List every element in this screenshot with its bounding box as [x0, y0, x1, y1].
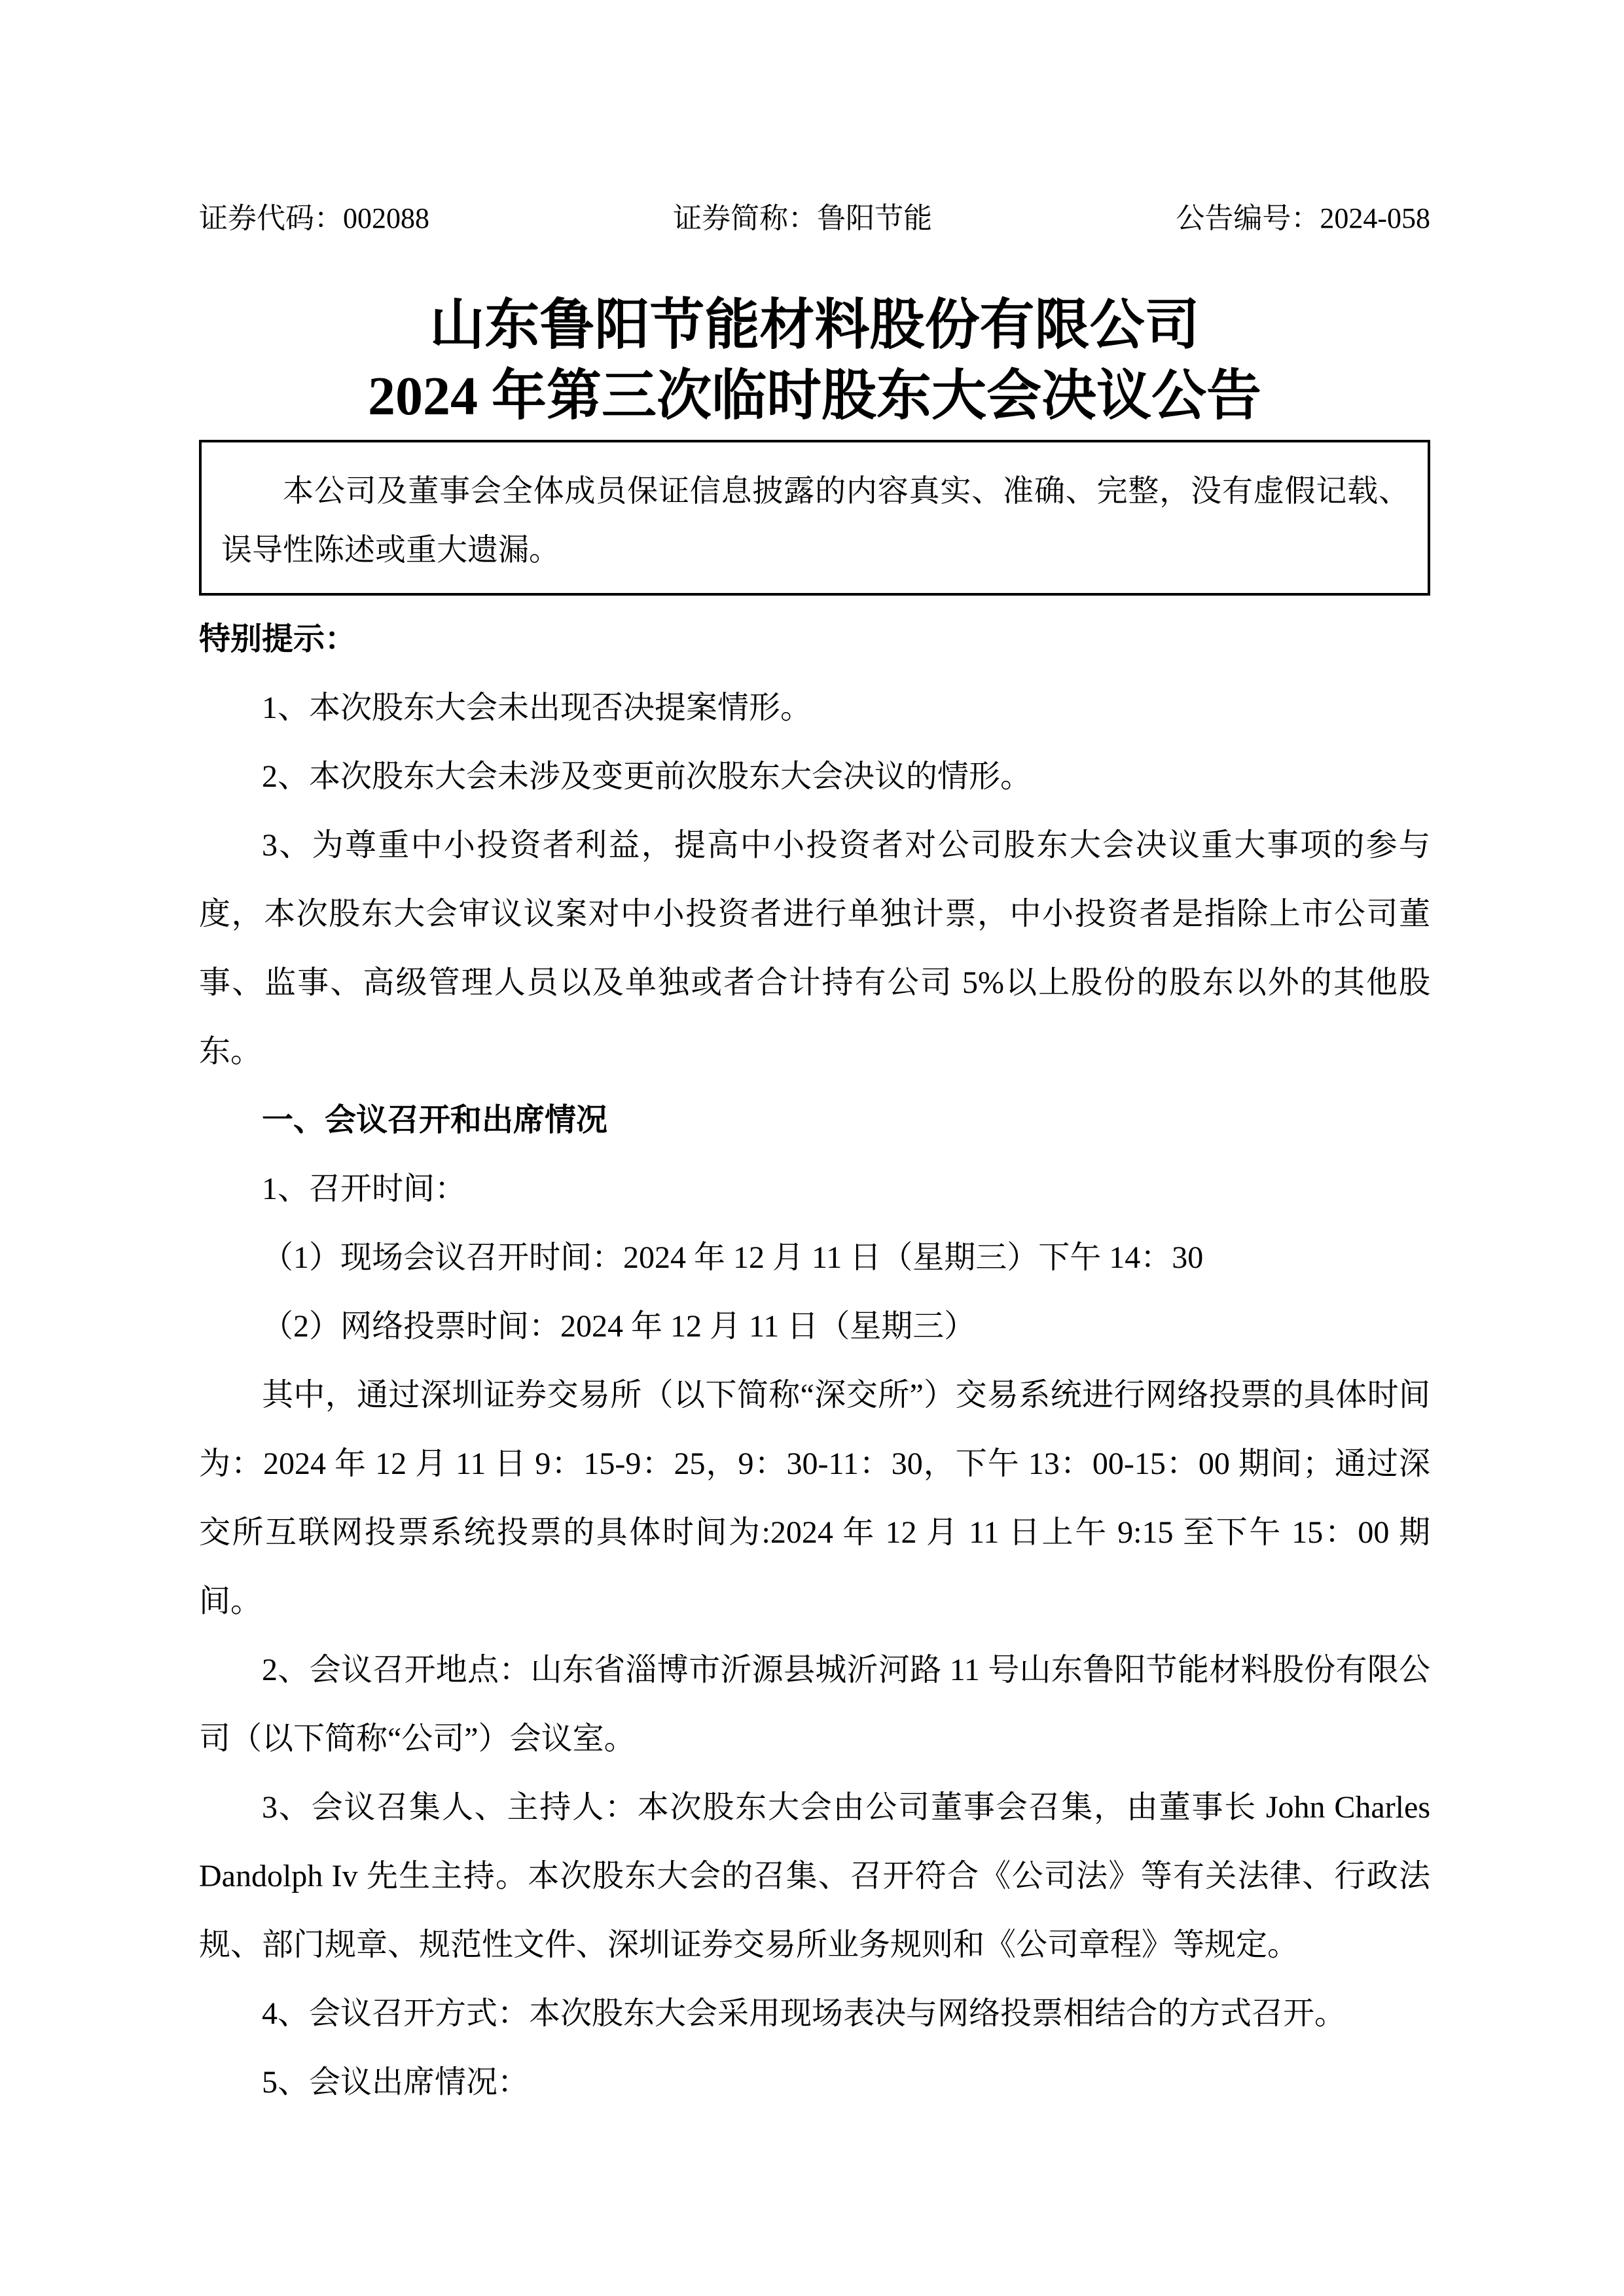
stock-code-label: 证券代码：002088: [199, 202, 429, 236]
special-notice-item-3: 3、为尊重中小投资者利益，提高中小投资者对公司股东大会决议重大事项的参与度，本次…: [199, 811, 1430, 1086]
title-block: 山东鲁阳节能材料股份有限公司 2024 年第三次临时股东大会决议公告: [199, 291, 1430, 432]
meeting-location: 2、会议召开地点：山东省淄博市沂源县城沂河路 11 号山东鲁阳节能材料股份有限公…: [199, 1636, 1430, 1773]
online-voting-time: （2）网络投票时间：2024 年 12 月 11 日（星期三）: [199, 1292, 1430, 1361]
document-body: 特别提示： 1、本次股东大会未出现否决提案情形。 2、本次股东大会未涉及变更前次…: [199, 605, 1430, 2117]
special-notice-item-2: 2、本次股东大会未涉及变更前次股东大会决议的情形。: [199, 742, 1430, 811]
meeting-method: 4、会议召开方式：本次股东大会采用现场表决与网络投票相结合的方式召开。: [199, 1979, 1430, 2048]
voting-time-detail: 其中，通过深圳证券交易所（以下简称“深交所”）交易系统进行网络投票的具体时间为：…: [199, 1361, 1430, 1636]
company-name-title: 山东鲁阳节能材料股份有限公司: [199, 291, 1430, 361]
announcement-number-label: 公告编号：2024-058: [1176, 202, 1430, 236]
meeting-convener-host: 3、会议召集人、主持人：本次股东大会由公司董事会召集，由董事长 John Cha…: [199, 1773, 1430, 1979]
onsite-meeting-time: （1）现场会议召开时间：2024 年 12 月 11 日（星期三）下午 14：3…: [199, 1223, 1430, 1292]
document-header: 证券代码：002088 证券简称：鲁阳节能 公告编号：2024-058: [199, 202, 1430, 236]
disclaimer-box: 本公司及董事会全体成员保证信息披露的内容真实、准确、完整，没有虚假记载、误导性陈…: [199, 440, 1430, 596]
meeting-resolution-title: 2024 年第三次临时股东大会决议公告: [199, 361, 1430, 432]
stock-abbr-label: 证券简称：鲁阳节能: [673, 202, 932, 236]
meeting-attendance-heading: 5、会议出席情况：: [199, 2048, 1430, 2117]
special-notice-heading: 特别提示：: [199, 605, 1430, 673]
disclaimer-text: 本公司及董事会全体成员保证信息披露的内容真实、准确、完整，没有虚假记载、误导性陈…: [221, 462, 1409, 580]
section-1-heading: 一、会议召开和出席情况: [199, 1086, 1430, 1155]
announcement-document-page: 证券代码：002088 证券简称：鲁阳节能 公告编号：2024-058 山东鲁阳…: [0, 0, 1624, 2296]
meeting-time-heading: 1、召开时间：: [199, 1155, 1430, 1223]
special-notice-item-1: 1、本次股东大会未出现否决提案情形。: [199, 673, 1430, 742]
